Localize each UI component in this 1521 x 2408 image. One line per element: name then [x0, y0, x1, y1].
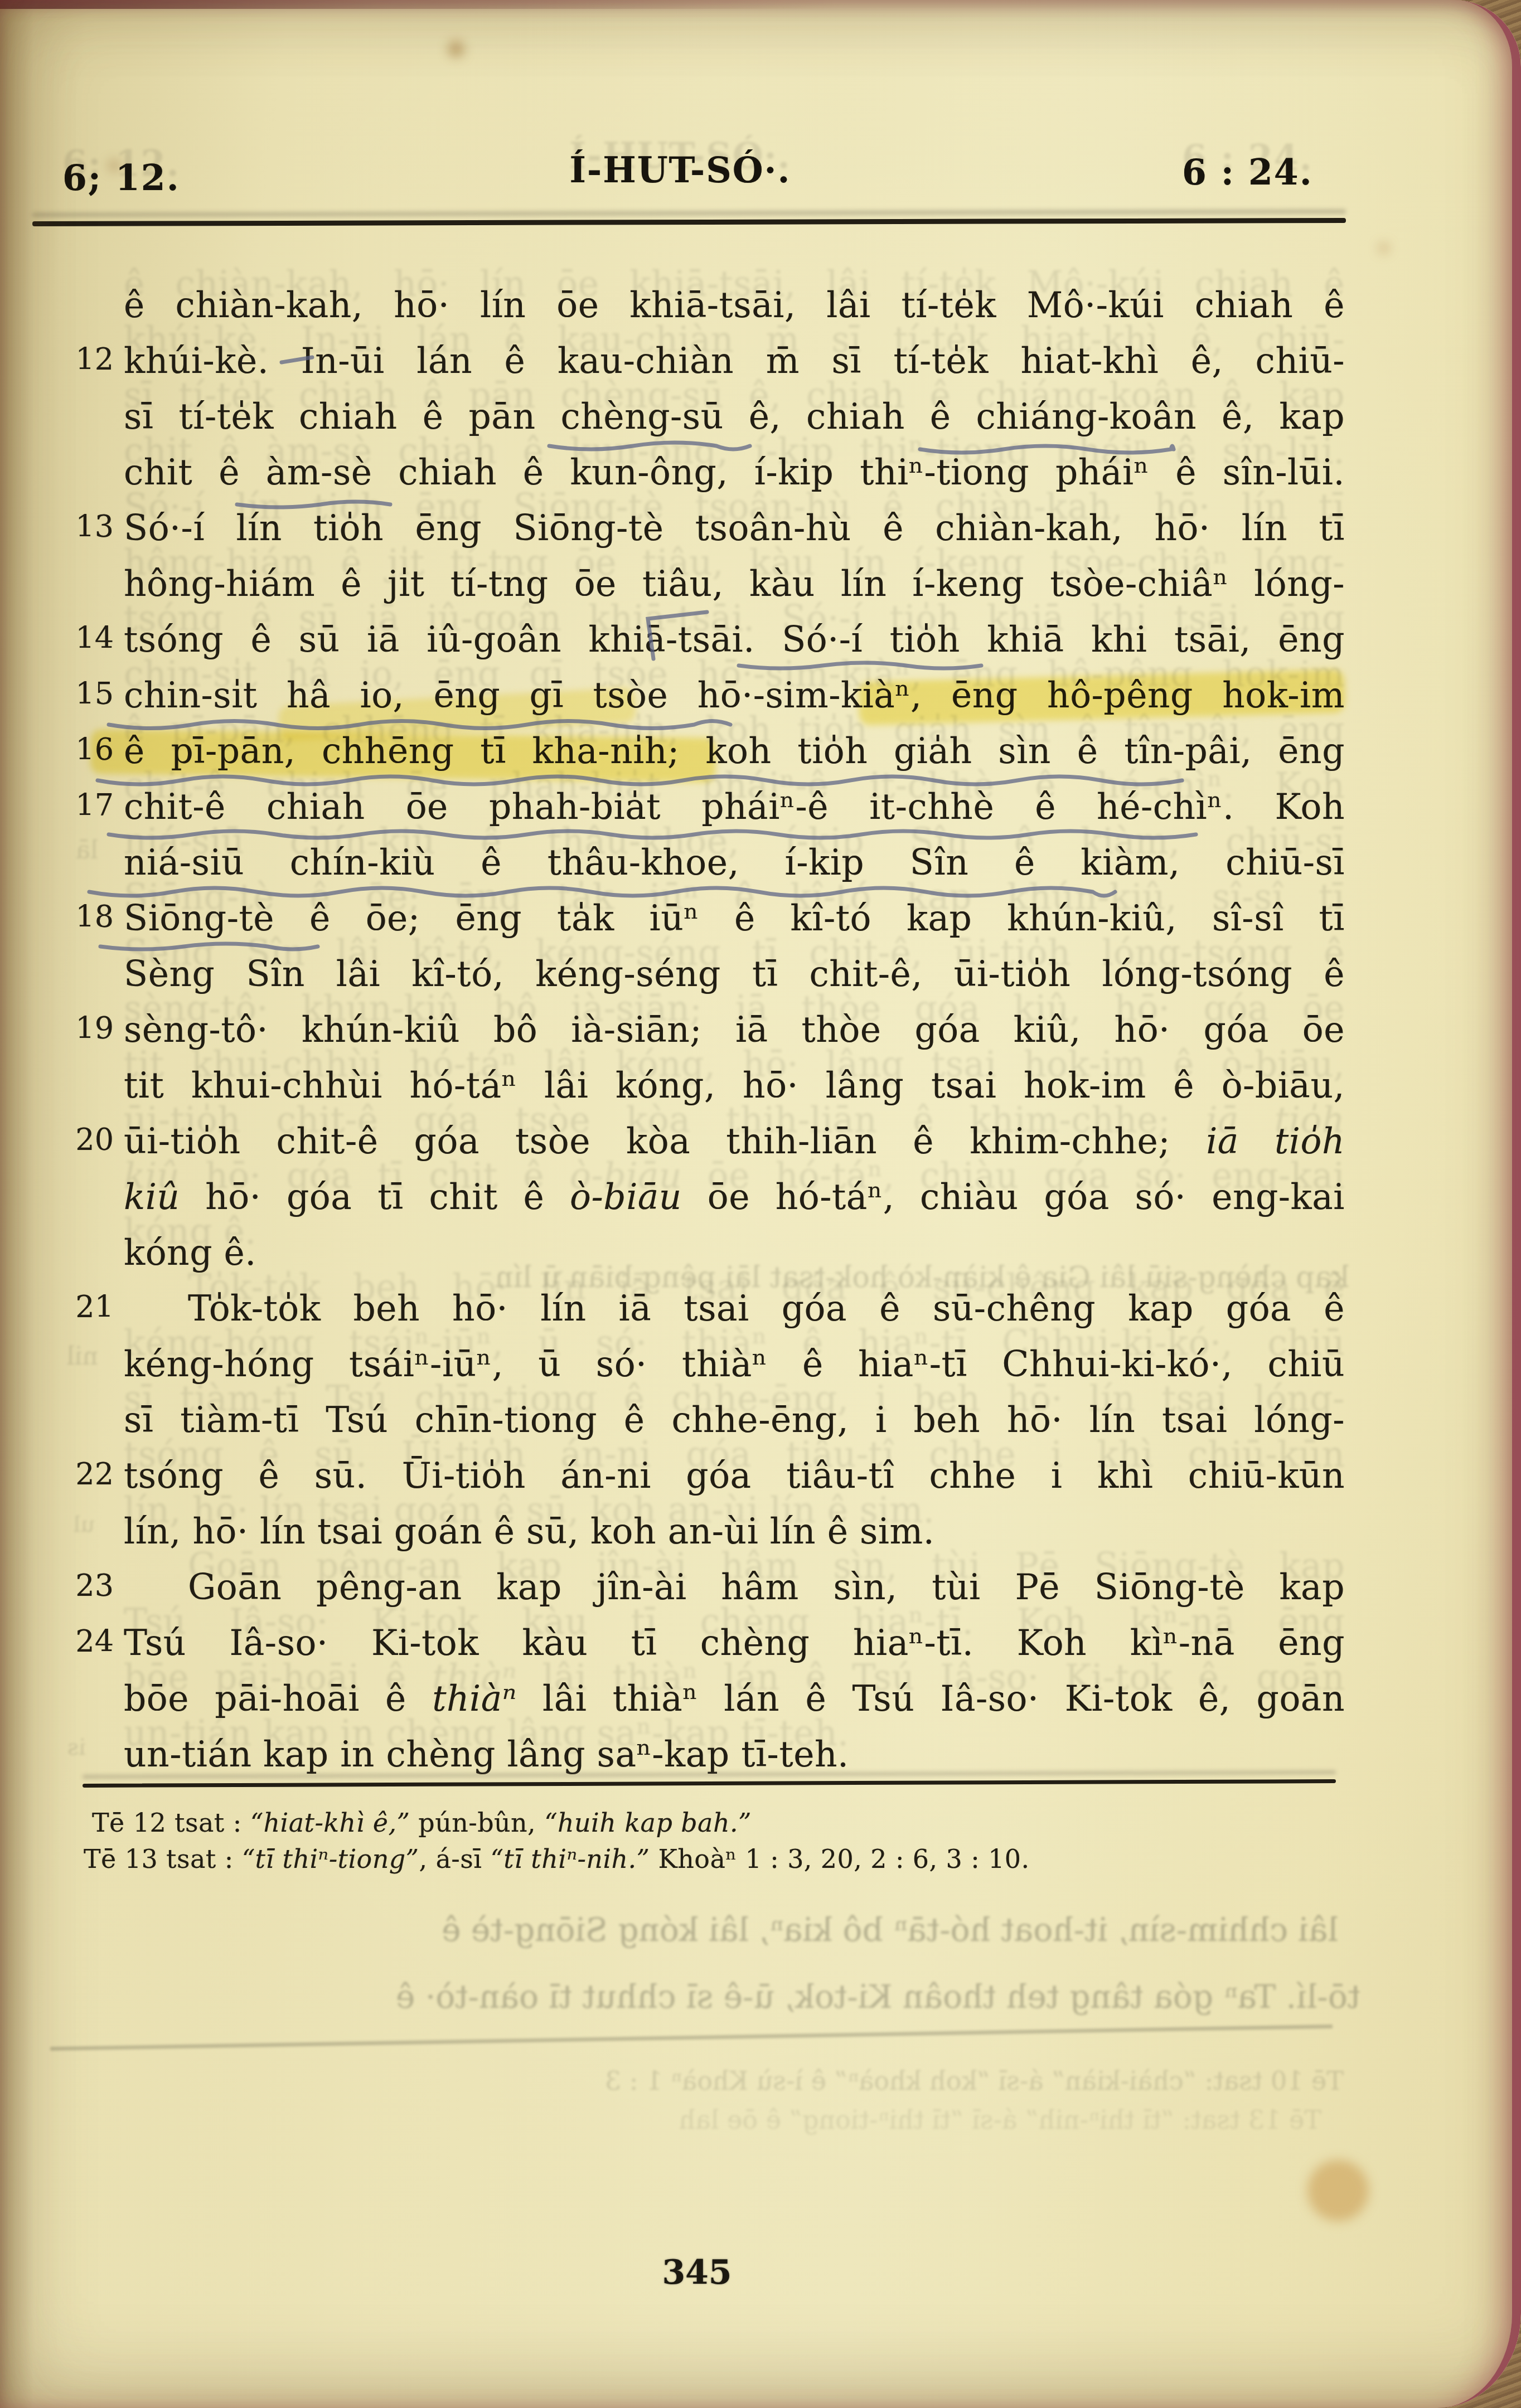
- footnote-line: Tē 13 tsat : “tī thiⁿ-tiong”, á-sī “tī t…: [84, 1844, 1030, 1874]
- verse-line: Só·-í lín tio̍h ēng Siōng-tè tsoân-hù ê …: [124, 504, 1345, 552]
- verse-line: tit khui-chhùi hó-táⁿ lâi kóng, hō· lâng…: [124, 1062, 1345, 1109]
- verse-text: Só·-í lín tio̍h ēng Siōng-tè tsoân-hù ê …: [124, 508, 1345, 548]
- footnote-line: Tē 12 tsat : “hiat-khì ê,” pún-bûn, “hui…: [92, 1808, 752, 1838]
- verse-number: 17: [51, 788, 114, 823]
- footnote-rule: [83, 1779, 1336, 1788]
- verse-line: To̍k-to̍k beh hō· lín iā tsai góa ê sū-c…: [124, 1285, 1345, 1332]
- footnote-text: , á-sī: [419, 1844, 490, 1874]
- bleed-through-text: tō-lí. Taⁿ góa tâng teh thoân Ki-tok, ū-…: [67, 1978, 1360, 2016]
- footnote-text: Tē 12 tsat :: [92, 1808, 250, 1838]
- verse-number: 16: [51, 732, 114, 767]
- verse-line: lín, hō· lín tsai goán ê sū, koh an-ùi l…: [124, 1508, 1345, 1555]
- verse-text: sèng-tô· khún-kiû bô ià-siān; iā thòe gó…: [124, 1009, 1345, 1050]
- verse-text: ūi-tio̍h chit-ê góa tsòe kòa thih-liān ê…: [124, 1121, 1206, 1162]
- verse-line: hông-hiám ê ji̍t tí-tng ōe tiâu, kàu lín…: [124, 560, 1345, 608]
- verse-line: kóng ê.: [124, 1229, 1345, 1276]
- verse-text: un-tián kap in chèng lâng saⁿ-kap tī-teh…: [124, 1734, 849, 1775]
- top-edge-shadow: [0, 0, 836, 9]
- pen-stroke: [109, 831, 1196, 838]
- verse-text: niá-siū chín-kiù ê thâu-khoe, í-kip Sîn …: [124, 842, 1345, 883]
- footnote-text: Tē 13 tsat :: [84, 1844, 242, 1874]
- verse-line: ūi-tio̍h chit-ê góa tsòe kòa thih-liān ê…: [124, 1118, 1345, 1165]
- footnote-text: pún-bûn,: [410, 1808, 544, 1838]
- verse-number: 14: [51, 620, 114, 656]
- verse-line: sī tiàm-tī Tsú chīn-tiong ê chhe-ēng, i …: [124, 1396, 1345, 1444]
- verse-number: 20: [51, 1122, 114, 1157]
- verse-line: Sèng Sîn lâi kî-tó, kéng-séng tī chit-ê,…: [124, 950, 1345, 998]
- verse-text: hông-hiám ê ji̍t tí-tng ōe tiâu, kàu lín…: [124, 564, 1345, 604]
- verse-text: sī tiàm-tī Tsú chīn-tiong ê chhe-ēng, i …: [124, 1400, 1345, 1440]
- verse-text: ōe hó-táⁿ, chiàu góa só· eng-kai: [682, 1177, 1345, 1217]
- verse-text: Tsú Iâ-so· Ki-tok kàu tī chèng hiaⁿ-tī. …: [124, 1623, 1345, 1663]
- paper-stain: [448, 41, 464, 57]
- bleed-through-text: ul: [45, 1512, 95, 1537]
- bleed-through-text: is: [41, 1735, 86, 1760]
- verse-line: sèng-tô· khún-kiû bô ià-siān; iā thòe gó…: [124, 1006, 1345, 1053]
- pen-stroke: [100, 944, 318, 949]
- verse-line: ê chiàn-kah, hō· lín ōe khiā-tsāi, lâi t…: [124, 281, 1345, 329]
- footnote-text-italic: “hiat-khì ê,”: [250, 1808, 410, 1838]
- verse-line: khúi-kè. In-ūi lán ê kau-chiàn m̄ sī tí-…: [124, 337, 1345, 385]
- verse-line: chit-ê chiah ōe phah-bia̍t pháiⁿ-ê it-ch…: [124, 783, 1345, 831]
- footnote-text-italic: “tī thiⁿ-tiong”: [242, 1844, 419, 1874]
- verse-text: khúi-kè. In-ūi lán ê kau-chiàn m̄ sī tí-…: [124, 341, 1345, 381]
- bleed-through-text: lâi chhim-sìn, it-hoat hó-tāⁿ bô kiaⁿ, l…: [95, 1911, 1338, 1949]
- footnote-text-italic: “tī thiⁿ-nih.”: [490, 1844, 650, 1874]
- verse-line: chin-si̍t hâ io, ēng gī tsòe hō·-sim-kià…: [124, 672, 1345, 719]
- verse-number: 12: [51, 342, 114, 377]
- verse-number: 22: [51, 1457, 114, 1492]
- verse-text: chit ê àm-sè chiah ê kun-ông, í-kip thiⁿ…: [124, 452, 1345, 493]
- verse-line: Siōng-tè ê ōe; ēng ta̍k iūⁿ ê kî-tó kap …: [124, 895, 1345, 942]
- verse-number: 19: [51, 1011, 114, 1046]
- book-page: kap chèng-siū lâi Gia ê kiàn-kò hok-tsat…: [0, 0, 1521, 2408]
- bleed-through-text: lā: [48, 836, 98, 865]
- verse-text-italic: ò-biāu: [570, 1177, 682, 1217]
- verse-text: lâi thiàⁿ lán ê Tsú Iâ-so· Ki-tok ê, goā…: [517, 1678, 1345, 1719]
- paper-stain: [1307, 2160, 1369, 2221]
- verse-text: tsóng ê sū iā iû-goân khiā-tsāi. Só·-í t…: [124, 619, 1345, 660]
- bleed-through-text: Tē 13 tsat: “tī thiⁿ-nih” á-sī “tī thiⁿ-…: [95, 2105, 1321, 2135]
- verse-number: 21: [51, 1289, 114, 1324]
- header-book-title: Í-HUT-SÓ·.: [502, 149, 859, 191]
- bleed-through-rule: [50, 2025, 1333, 2051]
- verse-line: kéng-hóng tsáiⁿ-iūⁿ, ū só· thiàⁿ ê hiaⁿ-…: [124, 1341, 1345, 1388]
- verse-line: niá-siū chín-kiù ê thâu-khoe, í-kip Sîn …: [124, 839, 1345, 886]
- verse-line: ê pī-pān, chhēng tī kha-ni̍h; koh tio̍h …: [124, 727, 1345, 775]
- verse-text: To̍k-to̍k beh hō· lín iā tsai góa ê sū-c…: [188, 1288, 1345, 1329]
- page-number: 345: [630, 2253, 764, 2292]
- verse-text: kéng-hóng tsáiⁿ-iūⁿ, ū só· thiàⁿ ê hiaⁿ-…: [124, 1344, 1345, 1385]
- header-rule: [32, 218, 1346, 226]
- verse-line: tsóng ê sū iā iû-goân khiā-tsāi. Só·-í t…: [124, 616, 1345, 663]
- verse-text: Siōng-tè ê ōe; ēng ta̍k iūⁿ ê kî-tó kap …: [124, 898, 1345, 939]
- verse-line: kiû hō· góa tī chit ê ò-biāu ōe hó-táⁿ, …: [124, 1173, 1345, 1221]
- verse-text: Goān pêng-an kap jîn-ài hâm sìn, tùi Pē …: [188, 1567, 1345, 1608]
- paper-stain: [1379, 243, 1389, 253]
- footnote-text-italic: “huih kap bah.”: [544, 1808, 752, 1838]
- footnote-text: Khoàⁿ 1 : 3, 20, 2 : 6, 3 : 10.: [650, 1844, 1029, 1874]
- bleed-through-text: Tē 10 tsat: “chài-kiàn” á-sī “koh khoàⁿ”…: [84, 2066, 1344, 2096]
- verse-text: chin-si̍t hâ io, ēng gī tsòe hō·-sim-kià…: [124, 675, 1345, 716]
- binding-shadow: [0, 0, 33, 2408]
- verse-text: sī tí-te̍k chiah ê pān chèng-sū ê, chiah…: [124, 396, 1345, 437]
- bleed-through-text: nil: [37, 1342, 98, 1371]
- verse-text-italic: iā tio̍h: [1206, 1121, 1345, 1162]
- pen-stroke: [739, 663, 981, 668]
- verse-number: 13: [51, 509, 114, 544]
- verse-text: tsóng ê sū. Ūi-tio̍h án-ni góa tiâu-tî c…: [124, 1455, 1345, 1496]
- verse-text: chit-ê chiah ōe phah-bia̍t pháiⁿ-ê it-ch…: [124, 787, 1345, 827]
- header-right-reference: 6 : 24.: [1182, 152, 1313, 193]
- verse-text: ê chiàn-kah, hō· lín ōe khiā-tsāi, lâi t…: [124, 285, 1345, 326]
- verse-text-italic: thiàⁿ: [432, 1678, 517, 1719]
- verse-text: lín, hō· lín tsai goán ê sū, koh an-ùi l…: [124, 1511, 934, 1552]
- verse-number: 15: [51, 676, 114, 711]
- verse-number: 24: [51, 1624, 114, 1659]
- verse-line: un-tián kap in chèng lâng saⁿ-kap tī-teh…: [124, 1731, 1345, 1778]
- photographed-book-page-scene: { "colors": { "ink": "#211d13", "paper":…: [0, 0, 1521, 2408]
- verse-line: chit ê àm-sè chiah ê kun-ông, í-kip thiⁿ…: [124, 449, 1345, 496]
- verse-text: tit khui-chhùi hó-táⁿ lâi kóng, hō· lâng…: [124, 1065, 1345, 1106]
- verse-text-italic: kiû: [124, 1177, 180, 1217]
- verse-text: kóng ê.: [124, 1232, 256, 1273]
- verse-text: bōe pāi-hoāi ê: [124, 1678, 432, 1719]
- verse-text: ê pī-pān, chhēng tī kha-ni̍h; koh tio̍h …: [124, 731, 1345, 771]
- verse-text: Sèng Sîn lâi kî-tó, kéng-séng tī chit-ê,…: [124, 954, 1345, 994]
- verse-number: 18: [51, 899, 114, 934]
- verse-line: sī tí-te̍k chiah ê pān chèng-sū ê, chiah…: [124, 393, 1345, 440]
- verse-text: hō· góa tī chit ê: [180, 1177, 570, 1217]
- verse-number: 23: [51, 1568, 114, 1603]
- verse-line: tsóng ê sū. Ūi-tio̍h án-ni góa tiâu-tî c…: [124, 1452, 1345, 1499]
- verse-line: Goān pêng-an kap jîn-ài hâm sìn, tùi Pē …: [124, 1564, 1345, 1611]
- header-left-reference: 6; 12.: [62, 157, 180, 198]
- verse-line: Tsú Iâ-so· Ki-tok kàu tī chèng hiaⁿ-tī. …: [124, 1619, 1345, 1667]
- verse-line: bōe pāi-hoāi ê thiàⁿ lâi thiàⁿ lán ê Tsú…: [124, 1675, 1345, 1722]
